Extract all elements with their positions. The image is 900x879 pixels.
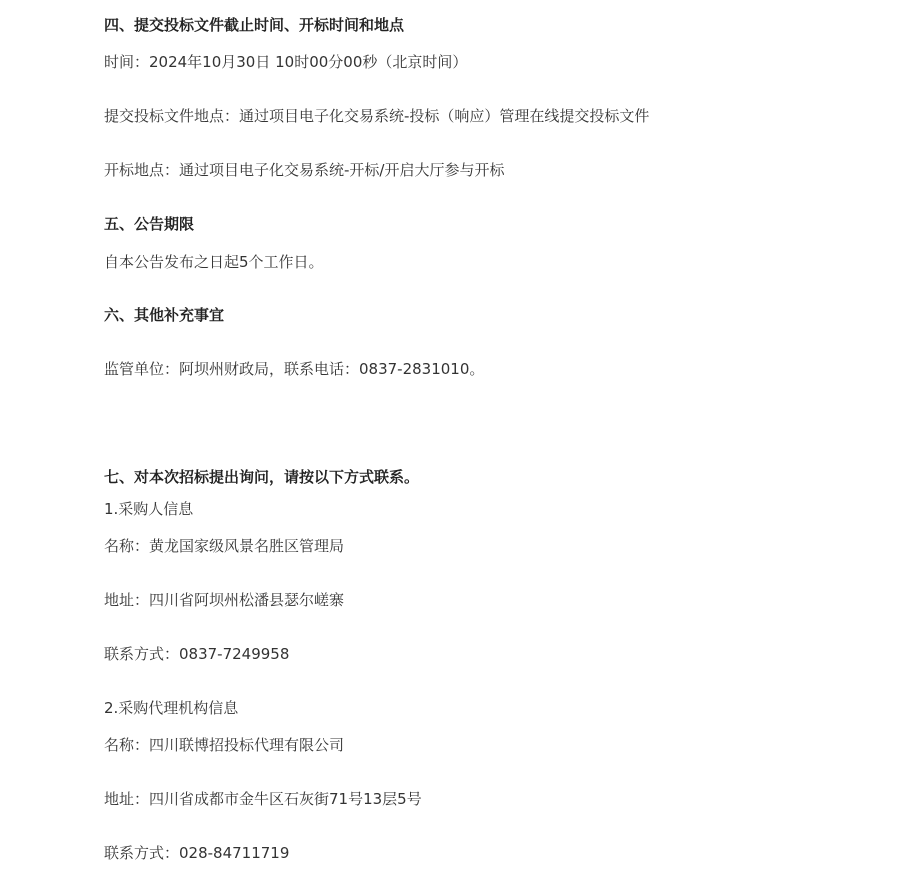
purchaser-name: 名称：黄龙国家级风景名胜区管理局 xyxy=(104,536,344,556)
supervisor-info: 监管单位：阿坝州财政局，联系电话：0837-2831010。 xyxy=(104,359,484,379)
section-4-heading: 四、提交投标文件截止时间、开标时间和地点 xyxy=(104,15,404,35)
agency-address: 地址：四川省成都市金牛区石灰街71号13层5号 xyxy=(104,789,422,809)
agency-name: 名称：四川联博招投标代理有限公司 xyxy=(104,735,344,755)
notice-period-text: 自本公告发布之日起5个工作日。 xyxy=(104,252,324,272)
purchaser-info-title: 1.采购人信息 xyxy=(104,499,193,519)
deadline-time: 时间：2024年10月30日 10时00分00秒（北京时间） xyxy=(104,52,467,72)
opening-location: 开标地点：通过项目电子化交易系统-开标/开启大厅参与开标 xyxy=(104,160,504,180)
purchaser-address: 地址：四川省阿坝州松潘县瑟尔嵯寨 xyxy=(104,590,344,610)
purchaser-contact: 联系方式：0837-7249958 xyxy=(104,644,289,664)
agency-contact: 联系方式：028-84711719 xyxy=(104,843,289,863)
section-7-heading: 七、对本次招标提出询问，请按以下方式联系。 xyxy=(104,467,419,487)
section-5-heading: 五、公告期限 xyxy=(104,214,194,234)
agency-info-title: 2.采购代理机构信息 xyxy=(104,698,238,718)
submission-location: 提交投标文件地点：通过项目电子化交易系统-投标（响应）管理在线提交投标文件 xyxy=(104,106,649,126)
section-6-heading: 六、其他补充事宜 xyxy=(104,305,224,325)
